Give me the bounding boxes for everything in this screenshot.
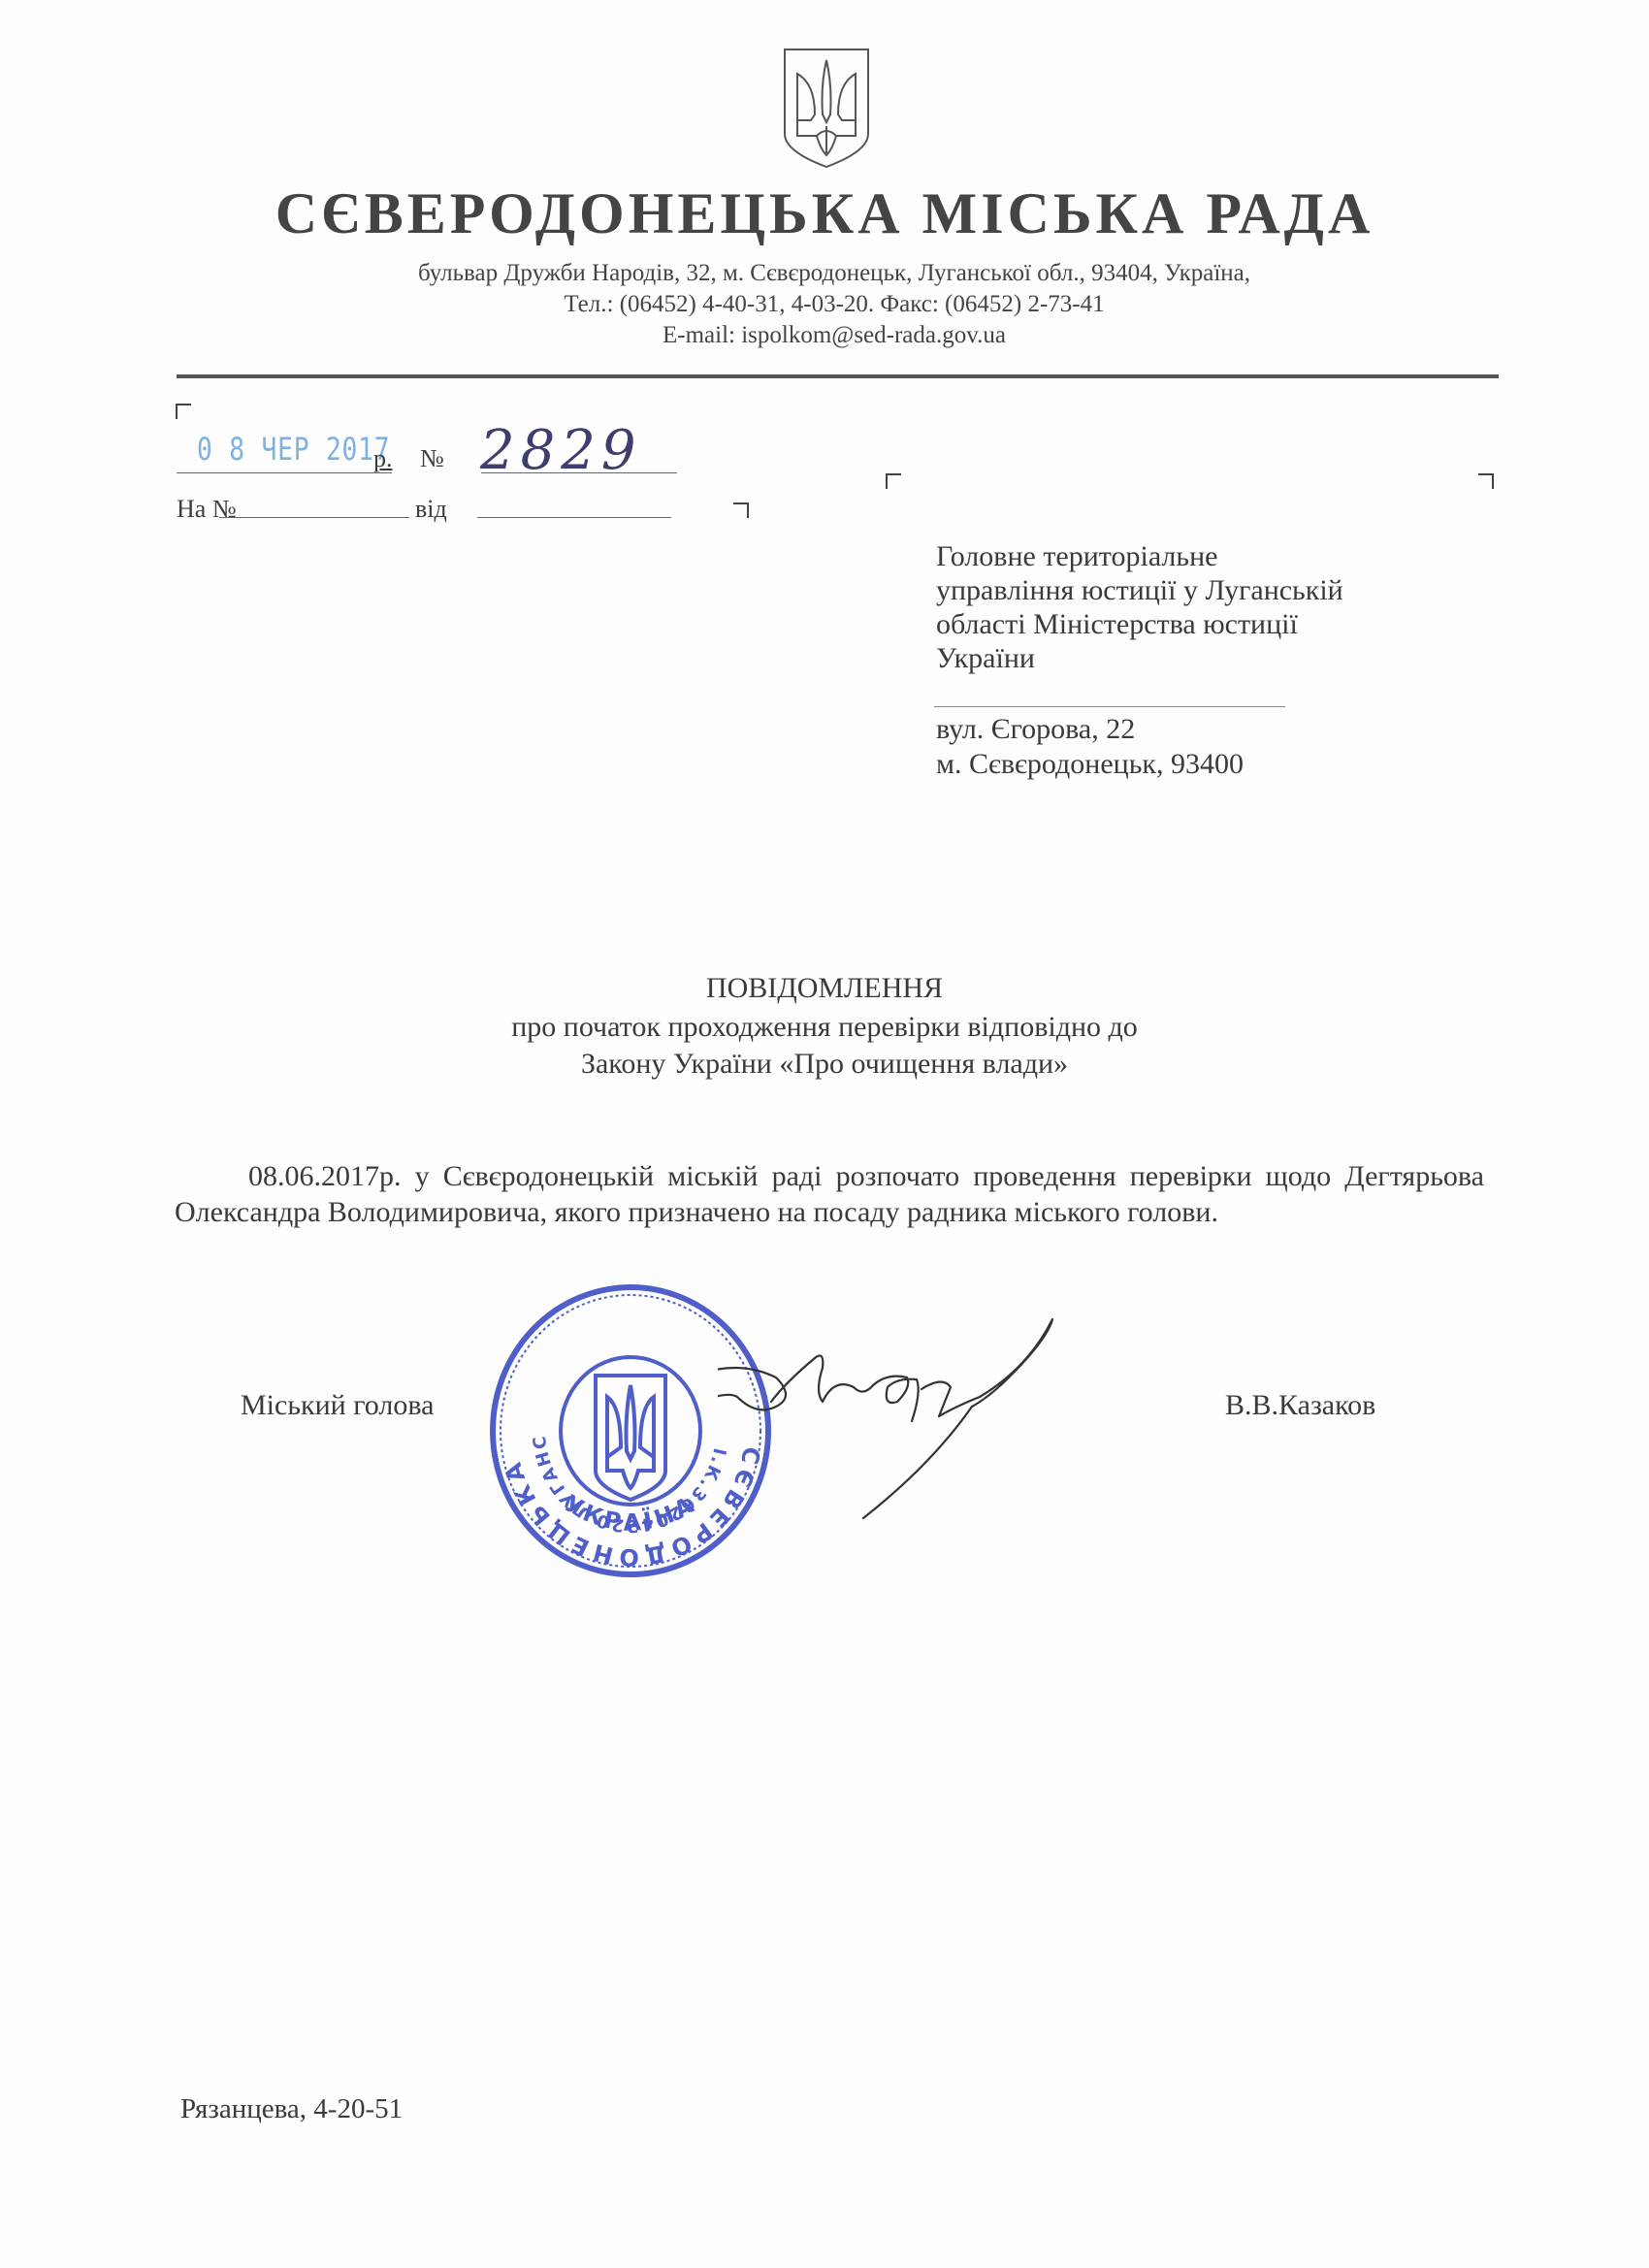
- recipient-divider: [934, 706, 1285, 707]
- recipient-name: Головне територіальне управління юстиції…: [936, 539, 1343, 675]
- organization-email: E-mail: ispolkom@sed-rada.gov.ua: [349, 322, 1319, 349]
- corner-mark: [1478, 473, 1494, 489]
- reply-number-field: [219, 517, 409, 518]
- date-underline: [177, 472, 392, 473]
- svg-text:УКРАЇНА: УКРАЇНА: [560, 1490, 702, 1537]
- document-subtitle: про початок проходження перевірки відпов…: [0, 1011, 1649, 1044]
- registration-number: 2829: [480, 419, 642, 482]
- number-label: №: [420, 444, 444, 473]
- signatory-name: В.В.Казаков: [1225, 1389, 1375, 1422]
- trident-coat-of-arms-icon: [782, 47, 871, 169]
- document-title: ПОВІДОМЛЕННЯ: [0, 972, 1649, 1005]
- from-date-field: [477, 517, 671, 518]
- from-label: від: [415, 495, 447, 524]
- organization-name: СЄВЕРОДОНЕЦЬКА МІСЬКА РАДА: [0, 180, 1649, 247]
- corner-mark: [886, 473, 901, 489]
- seal-trident-icon: [596, 1376, 665, 1500]
- year-suffix: р.: [373, 444, 393, 473]
- document-subtitle: Закону України «Про очищення влади»: [0, 1048, 1649, 1081]
- organization-phone: Тел.: (06452) 4-40-31, 4-03-20. Факс: (0…: [349, 291, 1319, 318]
- executor-contact: Рязанцева, 4-20-51: [180, 2093, 403, 2125]
- recipient-address: вул. Єгорова, 22 м. Сєвєродонецьк, 93400: [936, 712, 1244, 782]
- corner-mark: [176, 404, 191, 419]
- signatory-position: Міський голова: [241, 1389, 434, 1422]
- organization-address: бульвар Дружби Народів, 32, м. Сєвєродон…: [349, 260, 1319, 287]
- document-body: 08.06.2017р. у Сєвєродонецькій міській р…: [175, 1158, 1484, 1230]
- header-divider: [177, 374, 1499, 378]
- date-stamp: 0 8 ЧЕР 2017: [197, 431, 390, 468]
- handwritten-signature: [718, 1310, 1086, 1542]
- reply-label: На №: [177, 495, 237, 524]
- corner-mark: [733, 502, 749, 518]
